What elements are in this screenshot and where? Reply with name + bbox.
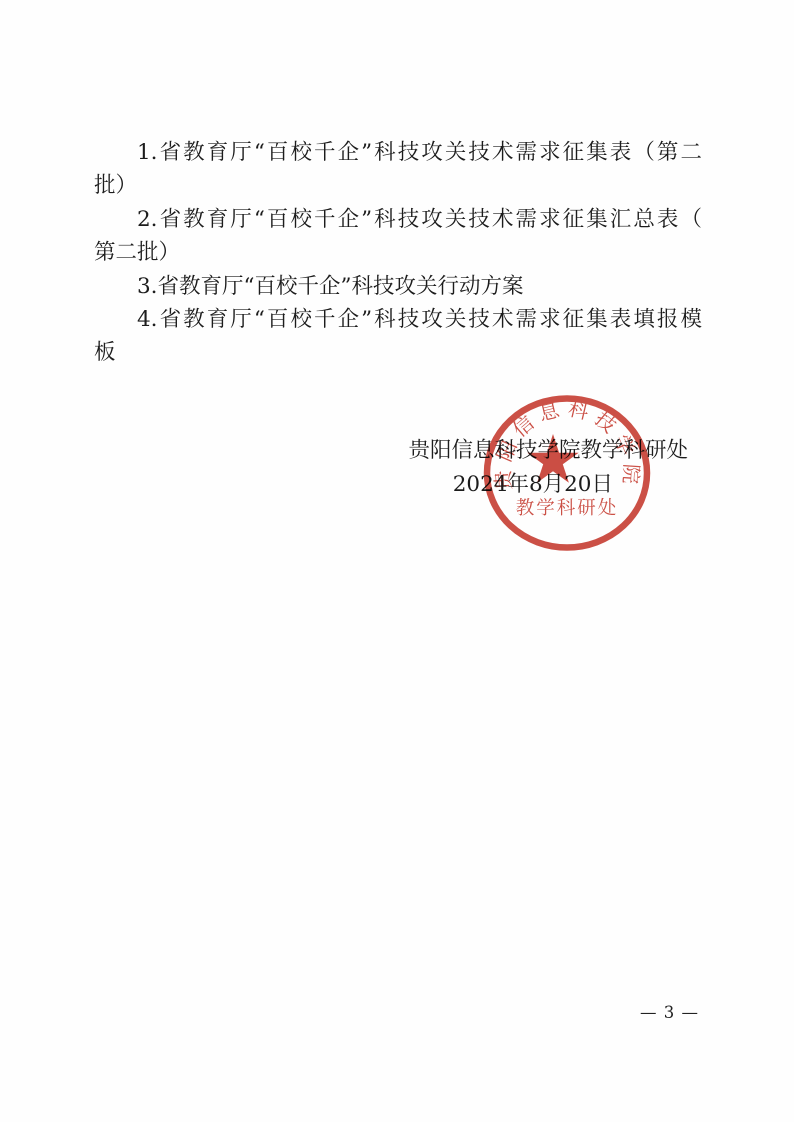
signature-date: 2024年8月20日 [94, 468, 702, 502]
attachment-list: 1.省教育厅“百校千企”科技攻关技术需求征集表（第二 批） 2.省教育厅“百校千… [94, 136, 702, 370]
attachment-item-4-line-1: 4.省教育厅“百校千企”科技攻关技术需求征集表填报模 [94, 303, 702, 336]
signature-department: 贵阳信息科技学院教学科研处 [94, 434, 702, 468]
attachment-item-1-line-2: 批） [94, 169, 702, 202]
signature-block: 贵阳信息科技学院教学科研处 2024年8月20日 [94, 434, 702, 502]
attachment-item-4-line-2: 板 [94, 336, 702, 369]
attachment-item-2-line-1: 2.省教育厅“百校千企”科技攻关技术需求征集汇总表（ [94, 203, 702, 236]
attachment-item-2-line-2: 第二批） [94, 236, 702, 269]
document-page: 1.省教育厅“百校千企”科技攻关技术需求征集表（第二 批） 2.省教育厅“百校千… [0, 0, 794, 1122]
page-number: — 3 — [640, 1003, 699, 1022]
attachment-item-1-line-1: 1.省教育厅“百校千企”科技攻关技术需求征集表（第二 [94, 136, 702, 169]
attachment-item-3-line-1: 3.省教育厅“百校千企”科技攻关行动方案 [94, 270, 702, 303]
